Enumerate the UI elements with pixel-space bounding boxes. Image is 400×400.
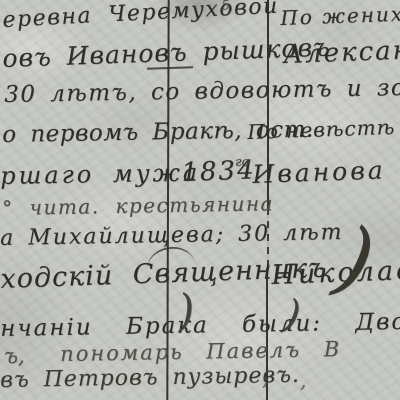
- village-name: еревна Черемуховой: [2, 0, 279, 32]
- bride-column-header: По невѣстѣ: [247, 117, 396, 142]
- deceased-husband: ршаго мужа: [0, 161, 200, 188]
- ink-mark-1: ,: [262, 368, 268, 388]
- scanned-register-page: еревна Черемуховой5По жениху:овъ Ивановъ…: [0, 0, 400, 400]
- husband-surname: Иванова: [252, 157, 386, 187]
- witness-surname: въ Петровъ пузыревъ.: [0, 365, 300, 392]
- groom-age-status: 30 лѣтъ, со вдовоютъ и зотикѣ: [4, 76, 400, 107]
- bride-name-age: а Михайлищева; 30 лѣт: [0, 222, 344, 250]
- year-ordinal-suffix: го: [235, 156, 249, 169]
- handwriting-layer: еревна Черемуховой5По жениху:овъ Ивановъ…: [0, 0, 400, 400]
- page-mark: 5: [221, 0, 231, 13]
- witness-line-start: ъ,: [4, 346, 25, 367]
- peasant-note: ° чита. крестьянина: [2, 193, 274, 218]
- groom-patronymic-surname: овъ Ивановъ рышковъ: [2, 35, 331, 71]
- ponomar-name: пономарь Павелъ В: [60, 339, 341, 365]
- groom-column-header: По жениху:: [280, 3, 400, 28]
- flourish-small: ): [176, 289, 196, 334]
- groom-name: Александр: [283, 36, 400, 68]
- ink-mark-2: ,: [300, 370, 306, 390]
